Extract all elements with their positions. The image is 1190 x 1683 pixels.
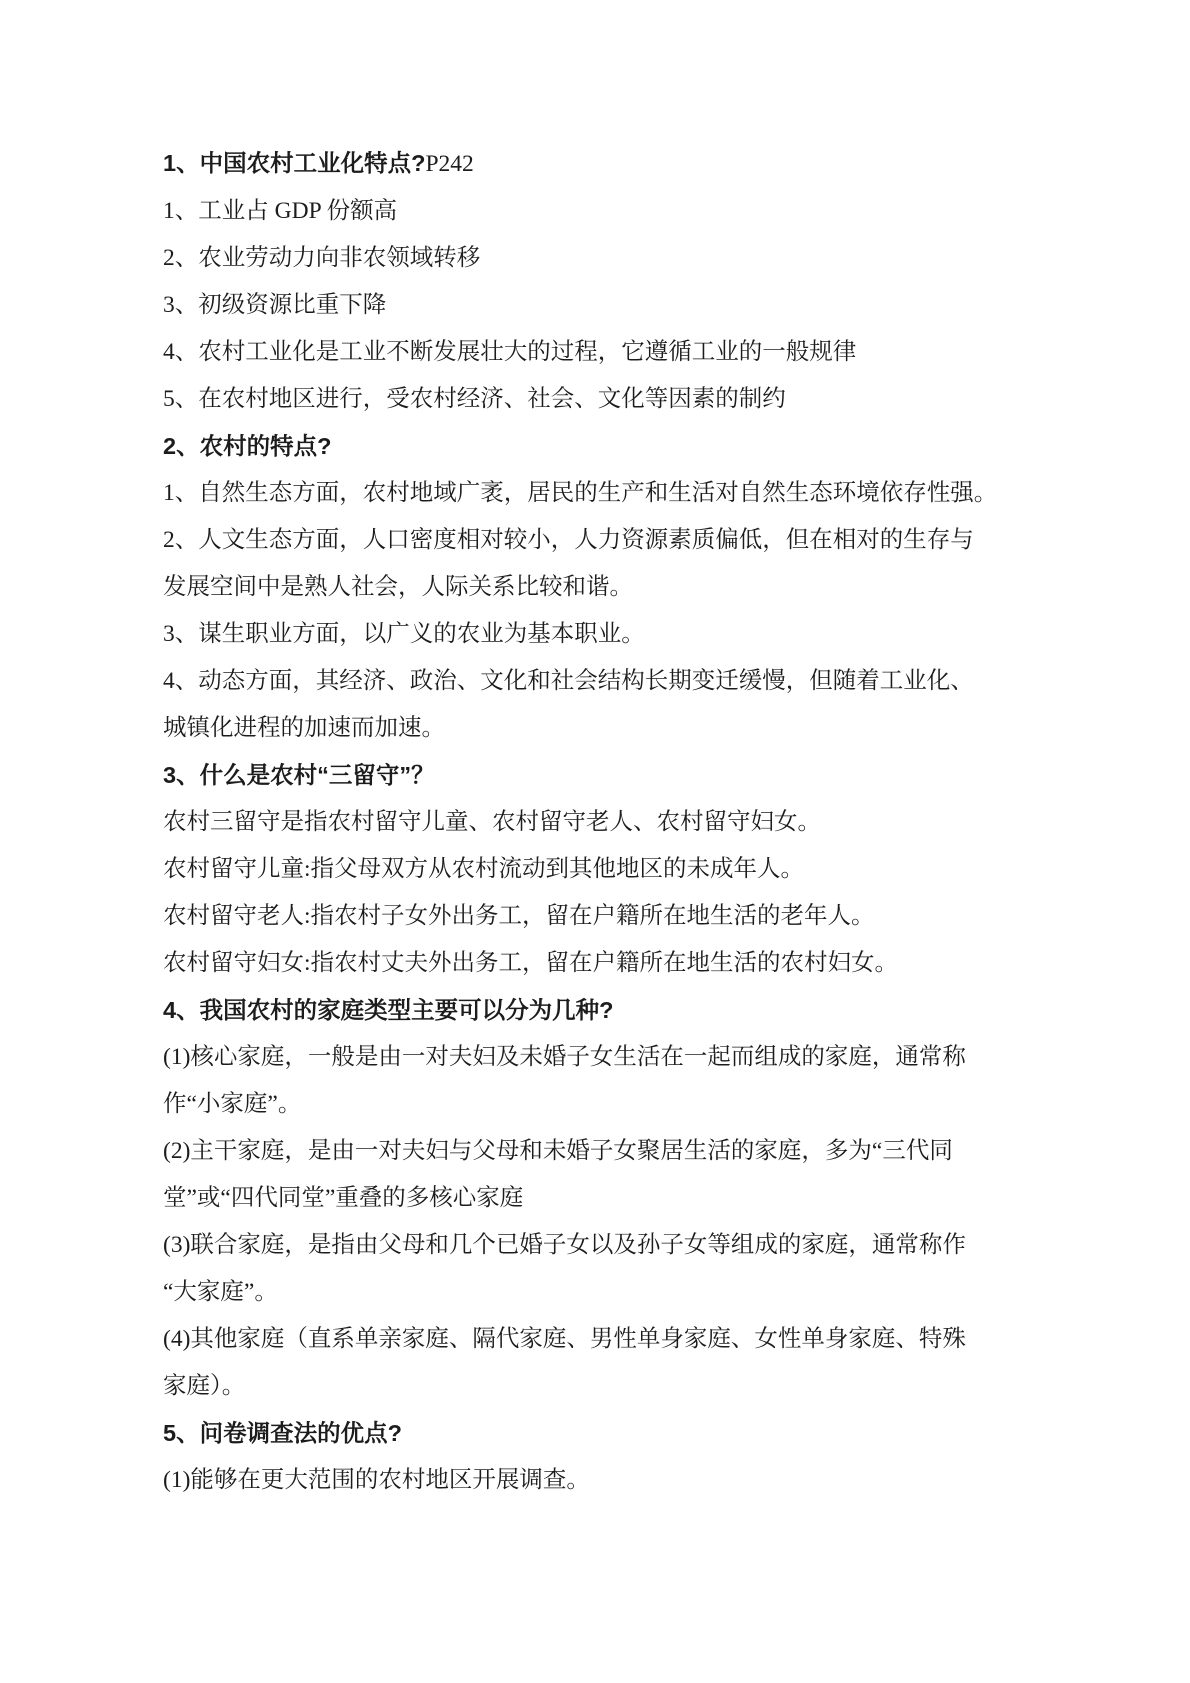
document-page: 1、中国农村工业化特点?P242 1、工业占 GDP 份额高 2、农业劳动力向非…	[0, 0, 1190, 1683]
answer-line: 1、工业占 GDP 份额高	[163, 188, 1035, 235]
answer-line: 作“小家庭”。	[163, 1081, 1035, 1128]
answer-line: 4、农村工业化是工业不断发展壮大的过程，它遵循工业的一般规律	[163, 329, 1035, 376]
answer-line: 2、农业劳动力向非农领域转移	[163, 235, 1035, 282]
answer-line: 农村三留守是指农村留守儿童、农村留守老人、农村留守妇女。	[163, 799, 1035, 846]
answer-line: 5、在农村地区进行，受农村经济、社会、文化等因素的制约	[163, 376, 1035, 423]
answer-line: 1、自然生态方面，农村地域广袤，居民的生产和生活对自然生态环境依存性强。	[163, 470, 1035, 517]
answer-line: 农村留守老人:指农村子女外出务工，留在户籍所在地生活的老年人。	[163, 893, 1035, 940]
answer-line: 3、谋生职业方面，以广义的农业为基本职业。	[163, 611, 1035, 658]
answer-line: “大家庭”。	[163, 1269, 1035, 1316]
answer-line: 4、动态方面，其经济、政治、文化和社会结构长期变迁缓慢，但随着工业化、	[163, 658, 1035, 705]
question-heading-1-text: 1、中国农村工业化特点?	[163, 150, 425, 176]
question-heading-2: 2、农村的特点?	[163, 423, 1035, 470]
answer-line: 农村留守儿童:指父母双方从农村流动到其他地区的未成年人。	[163, 846, 1035, 893]
answer-line: 3、初级资源比重下降	[163, 282, 1035, 329]
answer-line: 城镇化进程的加速而加速。	[163, 705, 1035, 752]
qa-section-5: 5、问卷调查法的优点? (1)能够在更大范围的农村地区开展调查。	[163, 1410, 1035, 1504]
answer-line: (2)主干家庭，是由一对夫妇与父母和未婚子女聚居生活的家庭，多为“三代同	[163, 1128, 1035, 1175]
answer-line: 家庭）。	[163, 1363, 1035, 1410]
question-heading-3: 3、什么是农村“三留守”？	[163, 752, 1035, 799]
answer-line: (4)其他家庭（直系单亲家庭、隔代家庭、男性单身家庭、女性单身家庭、特殊	[163, 1316, 1035, 1363]
question-heading-4: 4、我国农村的家庭类型主要可以分为几种?	[163, 987, 1035, 1034]
qa-section-2: 2、农村的特点? 1、自然生态方面，农村地域广袤，居民的生产和生活对自然生态环境…	[163, 423, 1035, 752]
qa-section-4: 4、我国农村的家庭类型主要可以分为几种? (1)核心家庭，一般是由一对夫妇及未婚…	[163, 987, 1035, 1410]
answer-line: (3)联合家庭，是指由父母和几个已婚子女以及孙子女等组成的家庭，通常称作	[163, 1222, 1035, 1269]
answer-line: 农村留守妇女:指农村丈夫外出务工，留在户籍所在地生活的农村妇女。	[163, 940, 1035, 987]
answer-line: 堂”或“四代同堂”重叠的多核心家庭	[163, 1175, 1035, 1222]
question-heading-1-page-ref: P242	[425, 151, 473, 177]
qa-section-1: 1、中国农村工业化特点?P242 1、工业占 GDP 份额高 2、农业劳动力向非…	[163, 140, 1035, 423]
qa-section-3: 3、什么是农村“三留守”？ 农村三留守是指农村留守儿童、农村留守老人、农村留守妇…	[163, 752, 1035, 987]
answer-line: 发展空间中是熟人社会，人际关系比较和谐。	[163, 564, 1035, 611]
question-heading-1: 1、中国农村工业化特点?P242	[163, 140, 1035, 188]
answer-line: (1)能够在更大范围的农村地区开展调查。	[163, 1457, 1035, 1504]
question-heading-5: 5、问卷调查法的优点?	[163, 1410, 1035, 1457]
answer-line: (1)核心家庭，一般是由一对夫妇及未婚子女生活在一起而组成的家庭，通常称	[163, 1034, 1035, 1081]
answer-line: 2、人文生态方面，人口密度相对较小，人力资源素质偏低，但在相对的生存与	[163, 517, 1035, 564]
